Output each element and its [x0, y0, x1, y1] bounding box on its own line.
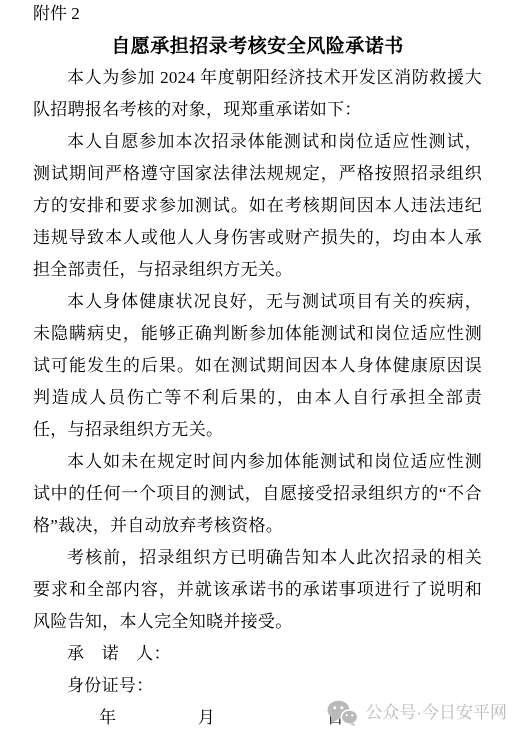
month-label: 月 [164, 702, 215, 732]
commitment-letter-page: 附件 2 自愿承担招录考核安全风险承诺书 本人为参加 2024 年度朝阳经济技术… [0, 0, 515, 732]
document-body: 本人为参加 2024 年度朝阳经济技术开发区消防救援大队招聘报名考核的对象，现郑… [33, 62, 482, 638]
year-label: 年 [99, 708, 116, 727]
paragraph-acknowledgement: 考核前，招录组织方已明确告知本人此次招录的相关要求和全部内容，并就该承诺书的承诺… [33, 542, 482, 638]
watermark: 公众号·今日安平网 [327, 700, 507, 726]
id-number-label: 身份证号： [33, 670, 482, 702]
page-title: 自愿承担招录考核安全风险承诺书 [33, 34, 482, 60]
paragraph-health-condition: 本人身体健康状况良好，无与测试项目有关的疾病，未隐瞒病史，能够正确判断参加体能测… [33, 286, 482, 446]
promisor-label: 承 诺 人： [33, 638, 482, 670]
paragraph-voluntary-participation: 本人自愿参加本次招录体能测试和岗位适应性测试，测试期间严格遵守国家法律法规规定，… [33, 126, 482, 286]
paragraph-intro: 本人为参加 2024 年度朝阳经济技术开发区消防救援大队招聘报名考核的对象，现郑… [33, 62, 482, 126]
attachment-label: 附件 2 [33, 3, 482, 25]
paragraph-absence-forfeit: 本人如未在规定时间内参加体能测试和岗位适应性测试中的任何一个项目的测试，自愿接受… [33, 446, 482, 542]
wechat-icon [327, 700, 358, 726]
watermark-text: 公众号·今日安平网 [365, 701, 507, 725]
